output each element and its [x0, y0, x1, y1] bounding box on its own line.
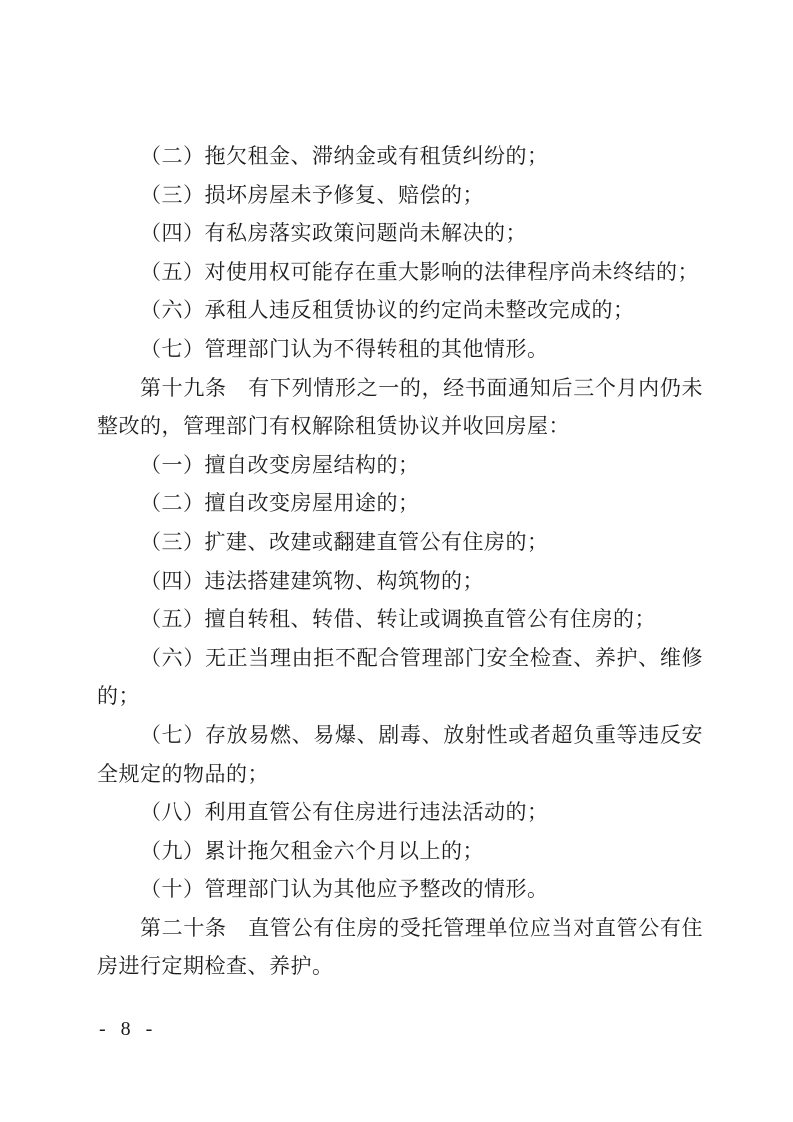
- paragraph: （六）无正当理由拒不配合管理部门安全检查、养护、维修的；: [97, 639, 703, 716]
- paragraph: （二）拖欠租金、滞纳金或有租赁纠纷的；: [97, 137, 703, 176]
- paragraph: （九）累计拖欠租金六个月以上的；: [97, 832, 703, 871]
- paragraph: （十）管理部门认为其他应予整改的情形。: [97, 870, 703, 909]
- paragraph: （三）扩建、改建或翻建直管公有住房的；: [97, 523, 703, 562]
- paragraph: 第二十条 直管公有住房的受托管理单位应当对直管公有住房进行定期检查、养护。: [97, 909, 703, 986]
- paragraph: （四）违法搭建建筑物、构筑物的；: [97, 562, 703, 601]
- paragraph: 第十九条 有下列情形之一的，经书面通知后三个月内仍未整改的，管理部门有权解除租赁…: [97, 369, 703, 446]
- paragraph: （六）承租人违反租赁协议的约定尚未整改完成的；: [97, 291, 703, 330]
- paragraph: （四）有私房落实政策问题尚未解决的；: [97, 214, 703, 253]
- document-body: （二）拖欠租金、滞纳金或有租赁纠纷的；（三）损坏房屋未予修复、赔偿的；（四）有私…: [97, 137, 703, 986]
- paragraph: （五）对使用权可能存在重大影响的法律程序尚未终结的；: [97, 253, 703, 292]
- paragraph: （一）擅自改变房屋结构的；: [97, 446, 703, 485]
- paragraph: （八）利用直管公有住房进行违法活动的；: [97, 793, 703, 832]
- paragraph: （五）擅自转租、转借、转让或调换直管公有住房的；: [97, 600, 703, 639]
- paragraph: （二）擅自改变房屋用途的；: [97, 484, 703, 523]
- document-page: （二）拖欠租金、滞纳金或有租赁纠纷的；（三）损坏房屋未予修复、赔偿的；（四）有私…: [0, 0, 793, 1122]
- paragraph: （三）损坏房屋未予修复、赔偿的；: [97, 176, 703, 215]
- paragraph: （七）存放易燃、易爆、剧毒、放射性或者超负重等违反安全规定的物品的；: [97, 716, 703, 793]
- paragraph: （七）管理部门认为不得转租的其他情形。: [97, 330, 703, 369]
- page-number: - 8 -: [99, 1018, 157, 1041]
